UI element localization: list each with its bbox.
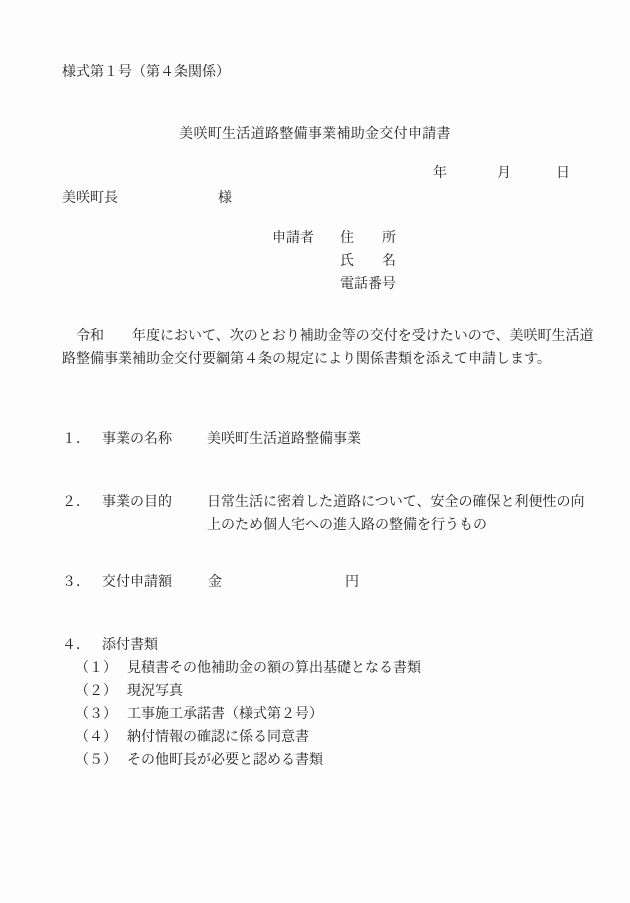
attachment-2-text: 現況写真 [127, 683, 183, 701]
applicant-address-label: 住 所 [340, 230, 396, 248]
declaration-line-2: 路整備事業補助金交付要綱第４条の規定により関係書類を添えて申請します。 [62, 351, 551, 369]
attachment-1-text: 見積書その他補助金の額の算出基礎となる書類 [127, 660, 421, 678]
declaration-line-1: 令和 年度において、次のとおり補助金等の交付を受けたいので、美咲町生活道 [62, 328, 593, 346]
item3-currency-suffix: 円 [345, 574, 359, 592]
subsidy-application-form-page: 様式第１号（第４条関係） 美咲町生活道路整備事業補助金交付申請書 年 月 日 美… [0, 0, 630, 903]
document-title: 美咲町生活道路整備事業補助金交付申請書 [0, 126, 630, 144]
item1-value: 美咲町生活道路整備事業 [207, 431, 361, 449]
attachment-5-number: （５） [75, 752, 117, 770]
date-day-label: 日 [556, 165, 570, 183]
item3-currency-prefix: 金 [208, 574, 222, 592]
attachment-3-text: 工事施工承諾書（様式第２号） [127, 706, 323, 724]
date-year-label: 年 [433, 165, 447, 183]
date-month-label: 月 [497, 165, 511, 183]
item2-label: 事業の目的 [102, 494, 172, 512]
attachment-4-text: 納付情報の確認に係る同意書 [127, 729, 309, 747]
applicant-phone-label: 電話番号 [340, 276, 396, 294]
addressee-name: 美咲町長 [62, 190, 118, 208]
item1-number: １． [62, 431, 90, 449]
addressee-honorific: 様 [218, 190, 232, 208]
item1-label: 事業の名称 [102, 431, 172, 449]
item3-label: 交付申請額 [102, 574, 172, 592]
applicant-label: 申請者 [272, 230, 314, 248]
attachment-1-number: （１） [75, 660, 117, 678]
attachment-3-number: （３） [75, 706, 117, 724]
attachment-4-number: （４） [75, 729, 117, 747]
applicant-name-label: 氏 名 [340, 253, 396, 271]
item4-label: 添付書類 [102, 637, 158, 655]
item4-number: ４． [62, 637, 90, 655]
form-number: 様式第１号（第４条関係） [62, 64, 230, 82]
attachment-2-number: （２） [75, 683, 117, 701]
attachment-5-text: その他町長が必要と認める書類 [127, 752, 323, 770]
item3-number: ３． [62, 574, 90, 592]
item2-value-line-2: 上のため個人宅への進入路の整備を行うもの [207, 517, 487, 535]
item2-number: ２． [62, 494, 90, 512]
item2-value-line-1: 日常生活に密着した道路について、安全の確保と利便性の向 [207, 494, 584, 512]
